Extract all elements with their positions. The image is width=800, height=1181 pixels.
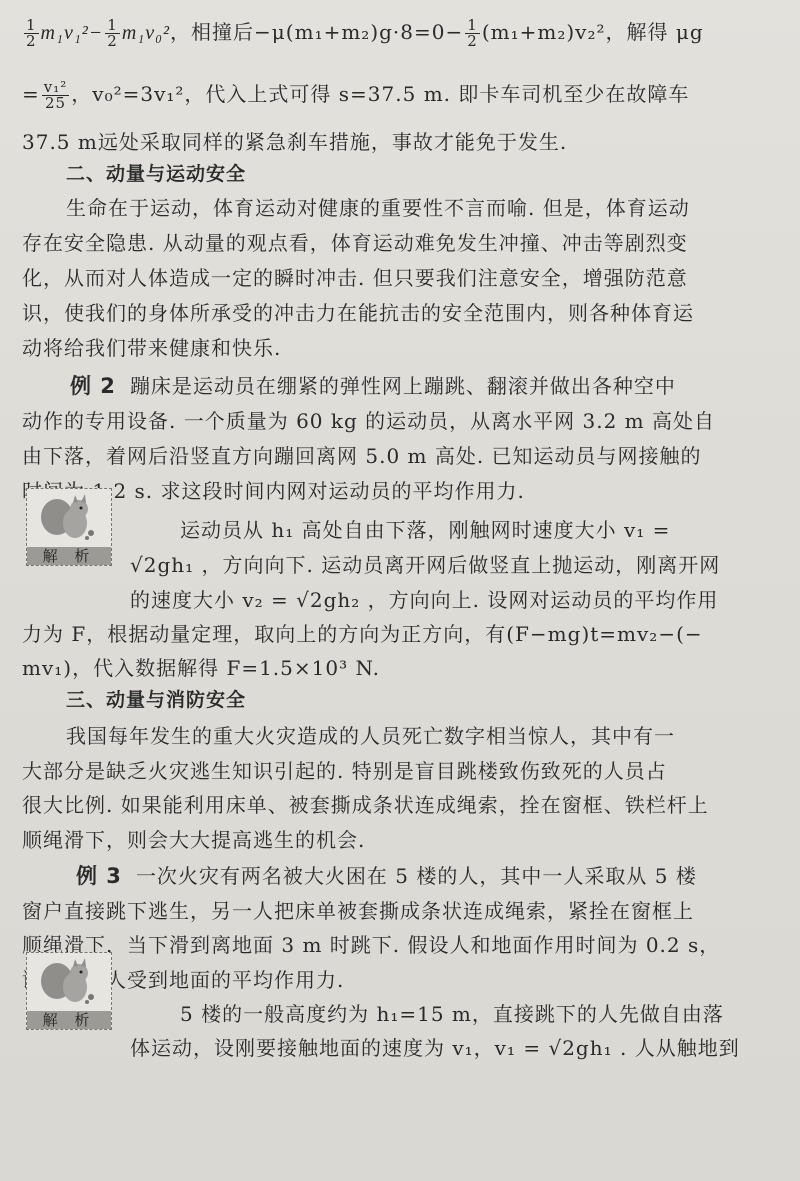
example-label: 例 3 [76, 864, 122, 888]
analysis-badge: 解 析 [26, 488, 112, 566]
example-2-solution-line: 的速度大小 v₂ = √2gh₂ ，方向向上. 设网对运动员的平均作用 [130, 586, 800, 614]
example-2-solution-line: √2gh₁ ，方向向下. 运动员离开网后做竖直上抛运动，刚离开网 [130, 551, 800, 579]
paragraph-line: 生命在于运动，体育运动对健康的重要性不言而喻. 但是，体育运动 [66, 194, 800, 222]
textbook-page: 12m₁v₁²−12m₁v₀²，相撞后−μ(m₁+m₂)g·8=0−12(m₁+… [0, 0, 800, 1181]
example-2-question-line: 动作的专用设备. 一个质量为 60 kg 的运动员，从离水平网 3.2 m 高处… [22, 407, 774, 435]
section-heading-fire-safety: 三、动量与消防安全 [66, 686, 800, 714]
example-2-question-line: 时间为 1.2 s. 求这段时间内网对运动员的平均作用力. [22, 477, 774, 505]
example-3-question-line: 试比较两人受到地面的平均作用力. [22, 966, 774, 994]
continuation-line-1: 12m₁v₁²−12m₁v₀²，相撞后−μ(m₁+m₂)g·8=0−12(m₁+… [22, 18, 774, 49]
fraction-v1sq-25: v₁²25 [42, 80, 70, 111]
example-2-question-line: 由下落，着网后沿竖直方向蹦回离网 5.0 m 高处. 已知运动员与网接触的 [22, 442, 774, 470]
paragraph-line: 大部分是缺乏火灾逃生知识引起的. 特别是盲目跳楼致伤致死的人员占 [22, 757, 774, 785]
paragraph-line: 我国每年发生的重大火灾造成的人员死亡数字相当惊人，其中有一 [66, 722, 800, 750]
paragraph-line: 存在安全隐患. 从动量的观点看，体育运动难免发生冲撞、冲击等剧烈变 [22, 229, 774, 257]
continuation-line-3: 37.5 m远处采取同样的紧急刹车措施，事故才能免于发生. [22, 128, 774, 156]
fraction-half: 12 [105, 18, 120, 49]
example-2-question-line: 例 2蹦床是运动员在绷紧的弹性网上蹦跳、翻滚并做出各种空中 [70, 372, 800, 400]
analysis-label: 解 析 [27, 1011, 111, 1029]
paragraph-line: 化，从而对人体造成一定的瞬时冲击. 但只要我们注意安全，增强防范意 [22, 264, 774, 292]
fraction-half: 12 [24, 18, 39, 49]
example-2-solution-line: mv₁)，代入数据解得 F=1.5×10³ N. [22, 654, 774, 682]
paragraph-line: 动将给我们带来健康和快乐. [22, 334, 774, 362]
example-label: 例 2 [70, 374, 116, 398]
example-2-solution-line: 力为 F，根据动量定理，取向上的方向为正方向，有(F−mg)t=mv₂−(− [22, 620, 774, 648]
example-3-solution-line: 体运动，设刚要接触地面的速度为 v₁，v₁ = √2gh₁ . 人从触地到 [130, 1034, 800, 1062]
example-2-solution-line: 运动员从 h₁ 高处自由下落，刚触网时速度大小 v₁ = [180, 516, 800, 544]
section-heading-sports-safety: 二、动量与运动安全 [66, 160, 800, 188]
paragraph-line: 识，使我们的身体所承受的冲击力在能抗击的安全范围内，则各种体育运 [22, 299, 774, 327]
analysis-label: 解 析 [27, 547, 111, 565]
example-3-question-line: 窗户直接跳下逃生，另一人把床单被套撕成条状连成绳索，紧拴在窗框上 [22, 897, 774, 925]
paragraph-line: 顺绳滑下，则会大大提高逃生的机会. [22, 826, 774, 854]
example-3-solution-line: 5 楼的一般高度约为 h₁=15 m，直接跳下的人先做自由落 [180, 1000, 800, 1028]
example-3-question-line: 顺绳滑下，当下滑到离地面 3 m 时跳下. 假设人和地面作用时间为 0.2 s， [22, 931, 774, 959]
continuation-line-2: =v₁²25，v₀²=3v₁²，代入上式可得 s=37.5 m. 即卡车司机至少… [22, 80, 774, 111]
paragraph-line: 很大比例. 如果能利用床单、被套撕成条状连成绳索，拴在窗框、铁栏杆上 [22, 791, 774, 819]
example-3-question-line: 例 3一次火灾有两名被大火困在 5 楼的人，其中一人采取从 5 楼 [76, 862, 800, 890]
squirrel-icon [35, 957, 101, 1007]
fraction-half: 12 [465, 18, 480, 49]
squirrel-icon [35, 493, 101, 543]
analysis-badge: 解 析 [26, 952, 112, 1030]
